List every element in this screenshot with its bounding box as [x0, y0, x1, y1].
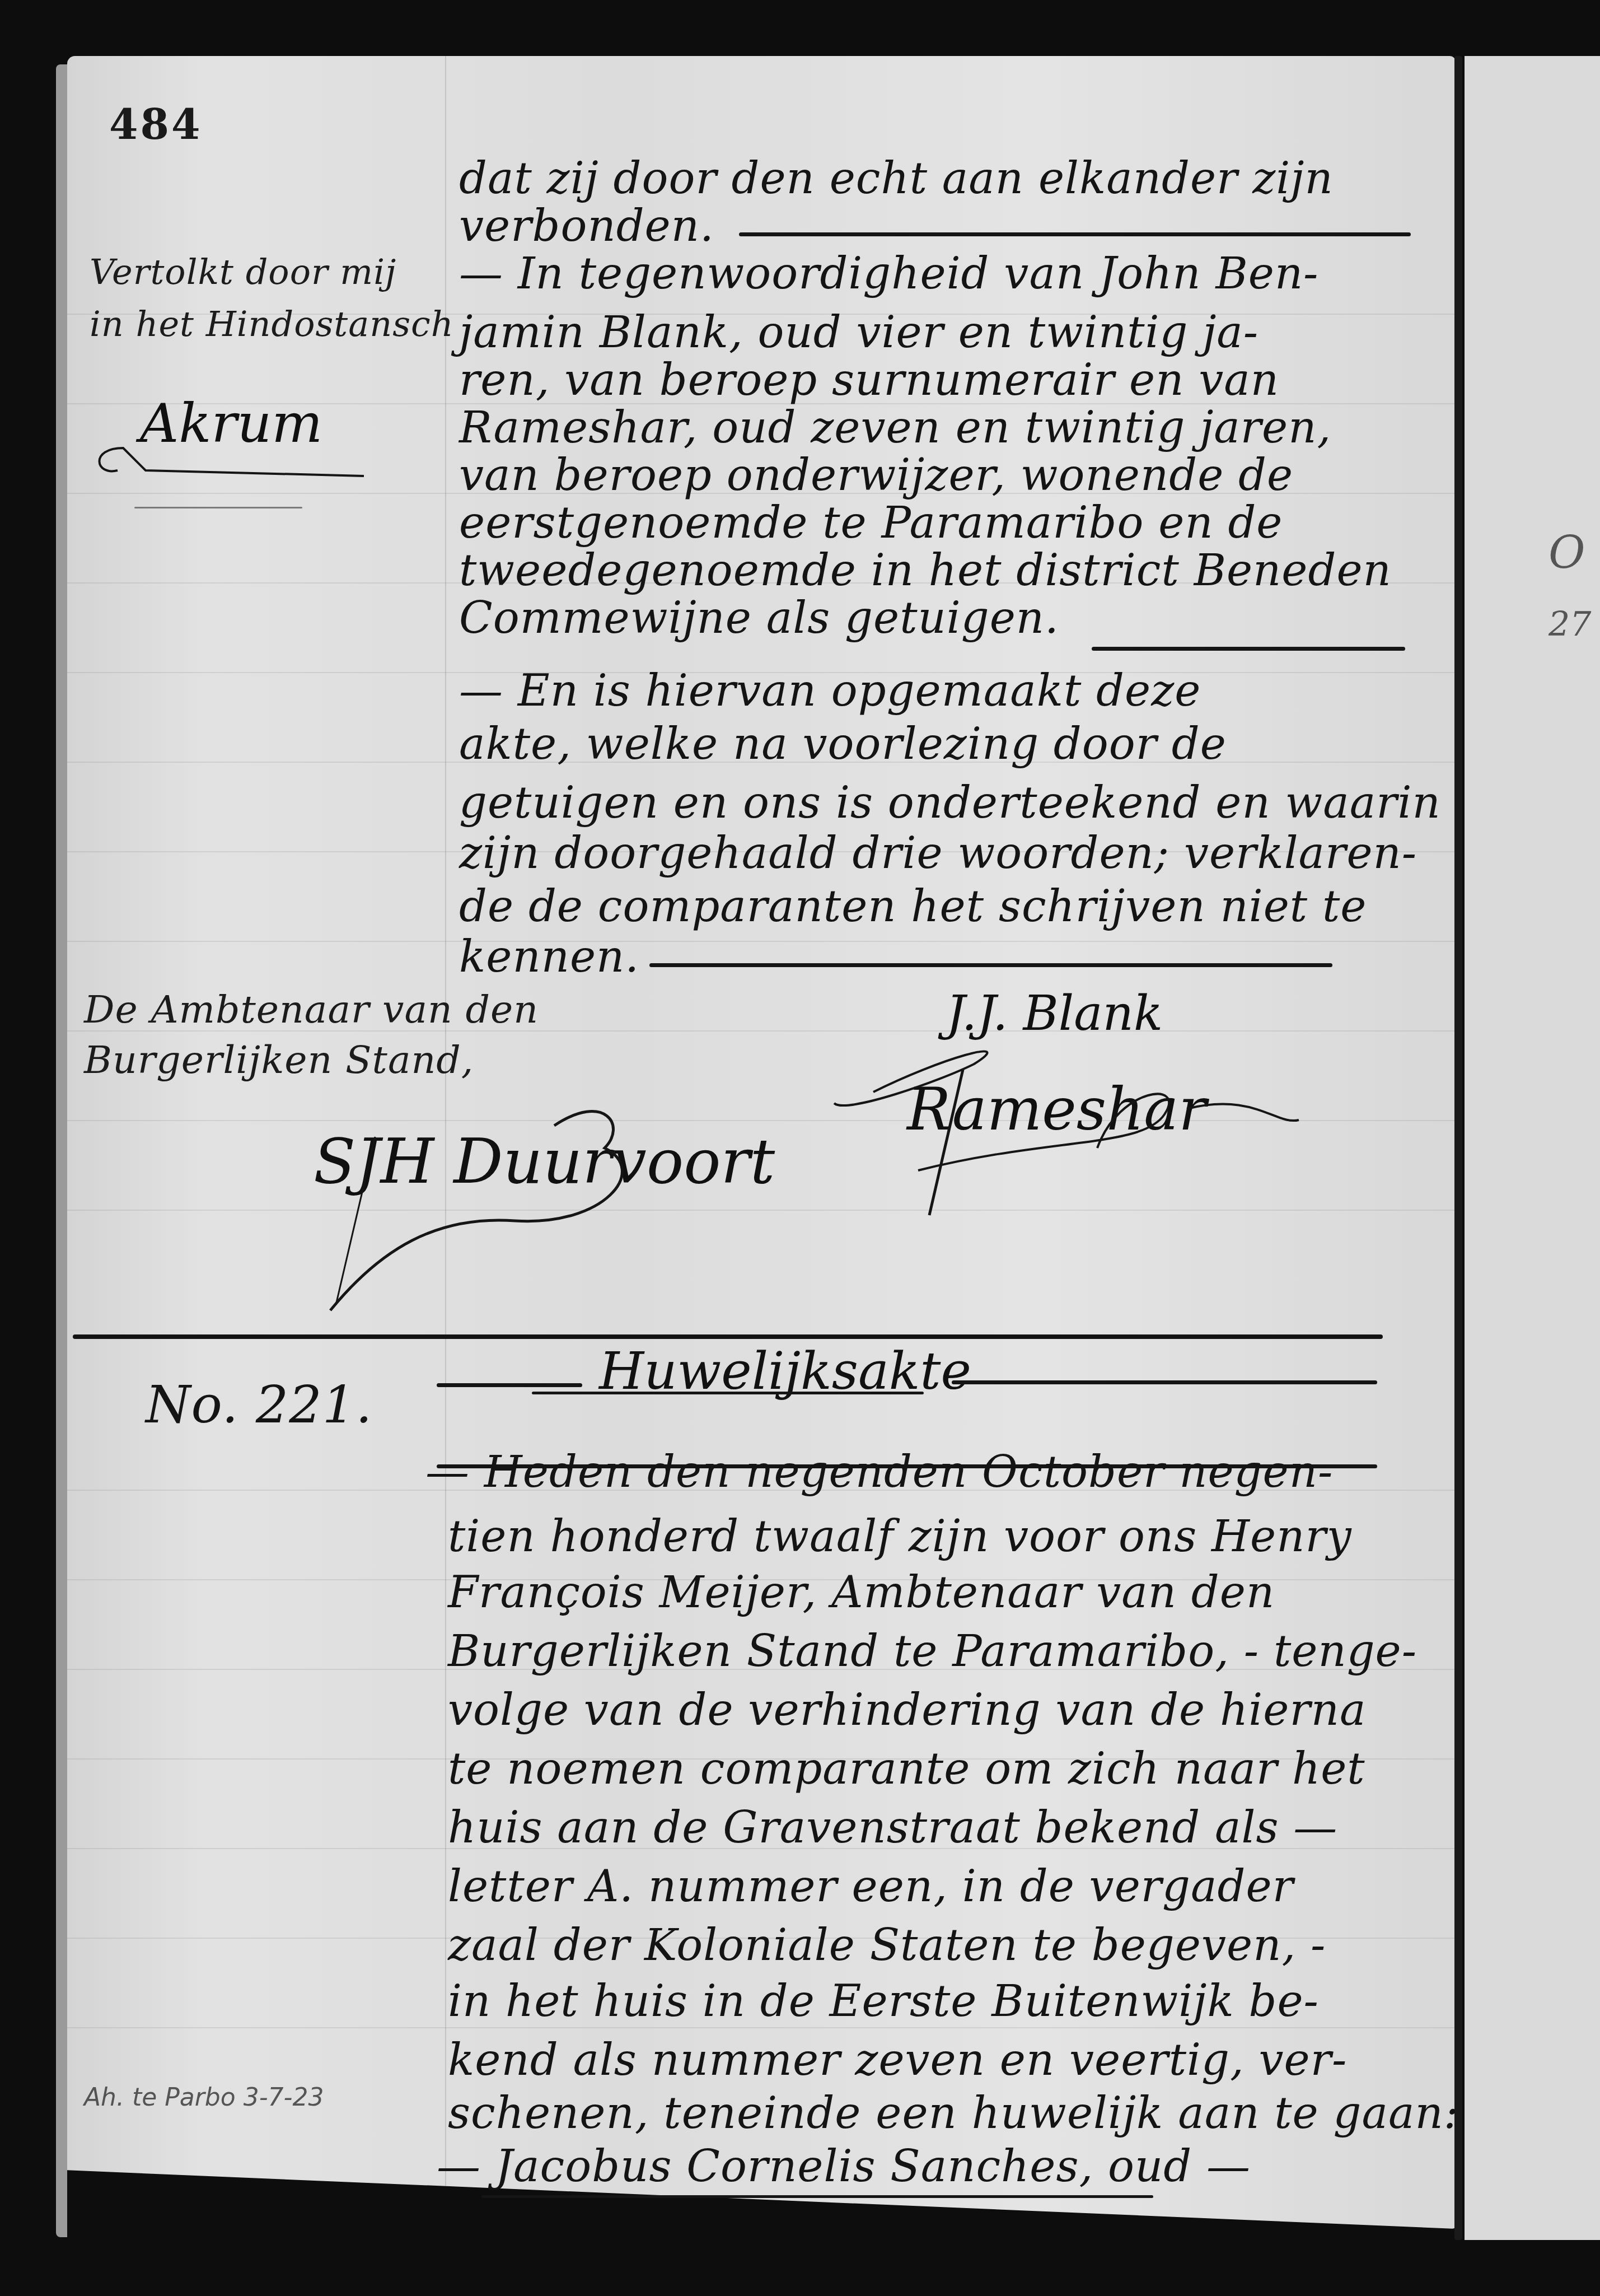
margin-note-line: Vertolkt door mij	[90, 255, 396, 290]
record-body-line: Burgerlijken Stand te Paramaribo, - teng…	[448, 1630, 1417, 1673]
record-body-line: — En is hiervan opgemaakt deze	[459, 669, 1201, 713]
witness-signature-blank: J.J. Blank	[946, 986, 1163, 1042]
record-body-line: te noemen comparante om zich naar het	[448, 1747, 1365, 1791]
record-body-line: — Heden den negenden October negen-	[425, 1450, 1333, 1494]
signature-flourish-icon	[84, 414, 375, 482]
record-body-line: jamin Blank, oud vier en twintig ja-	[459, 311, 1259, 354]
record-body-line: Rameshar, oud zeven en twintig jaren,	[459, 406, 1331, 450]
record-body-line: volge van de verhindering van de hierna	[448, 1688, 1366, 1732]
heading-stroke	[952, 1380, 1377, 1384]
record-body-line: kennen.	[459, 935, 639, 979]
ruled-line	[67, 941, 1456, 942]
line-filler-stroke	[1092, 647, 1405, 651]
record-body-line: tweedegenoemde in het district Beneden	[459, 549, 1392, 592]
adjacent-page-fragment: 27	[1548, 605, 1591, 644]
book-spine	[1454, 56, 1462, 2240]
page-edge-left	[56, 64, 67, 2237]
record-body-line: eerstgenoemde te Paramaribo en de	[459, 501, 1283, 545]
record-body-line: kend als nummer zeven en veertig, ver-	[448, 2038, 1347, 2082]
adjacent-page-fragment: O	[1548, 526, 1585, 578]
record-body-line: — Jacobus Cornelis Sanches, oud —	[437, 2145, 1251, 2188]
record-body-line: François Meijer, Ambtenaar van den	[448, 1571, 1275, 1614]
line-filler-stroke	[739, 232, 1411, 236]
record-body-line: tien honderd twaalf zijn voor ons Henry	[448, 1515, 1352, 1558]
record-body-line: in het huis in de Eerste Buitenwijk be-	[448, 1980, 1319, 2023]
record-body-line: akte, welke na voorlezing door de	[459, 722, 1227, 766]
record-body-line: zaal der Koloniale Staten te begeven, -	[448, 1924, 1326, 1967]
margin-note-line: in het Hindostansch	[90, 307, 454, 342]
adjacent-page: O 27	[1465, 56, 1600, 2240]
archive-note: Ah. te Parbo 3-7-23	[84, 2083, 324, 2112]
record-body-line: dat zij door den echt aan elkander zijn	[459, 157, 1334, 200]
signature-flourish-icon	[314, 1081, 817, 1316]
line-filler-stroke	[649, 963, 1332, 967]
record-body-line: huis aan de Gravenstraat bekend als —	[448, 1806, 1337, 1850]
page-number: 484	[109, 101, 202, 149]
record-body-line: van beroep onderwijzer, wonende de	[459, 454, 1293, 497]
record-body-line: getuigen en ons is onderteekend en waari…	[459, 781, 1441, 825]
official-title-line: De Ambtenaar van den	[84, 991, 539, 1029]
signature-flourish-icon	[829, 1036, 1332, 1221]
heading-stroke	[437, 1383, 582, 1387]
record-body-line: schenen, teneinde een huwelijk aan te ga…	[448, 2092, 1459, 2135]
name-underline	[481, 2195, 1153, 2198]
record-number: No. 221.	[146, 1375, 373, 1435]
record-divider	[73, 1334, 1383, 1339]
heading-underline	[532, 1392, 924, 1394]
record-body-line: de de comparanten het schrijven niet te	[459, 885, 1367, 928]
ruled-line	[67, 2027, 1456, 2028]
record-body-line: Commewijne als getuigen.	[459, 596, 1059, 640]
record-body-line: verbonden.	[459, 204, 714, 248]
dotted-rule	[134, 507, 302, 508]
record-body-line: ren, van beroep surnumerair en van	[459, 358, 1279, 402]
record-body-line: — In tegenwoordigheid van John Ben-	[459, 252, 1318, 296]
record-body-line: zijn doorgehaald drie woorden; verklaren…	[459, 832, 1417, 875]
record-body-line: letter A. nummer een, in de vergader	[448, 1865, 1294, 1908]
official-title-line: Burgerlijken Stand,	[84, 1042, 474, 1080]
